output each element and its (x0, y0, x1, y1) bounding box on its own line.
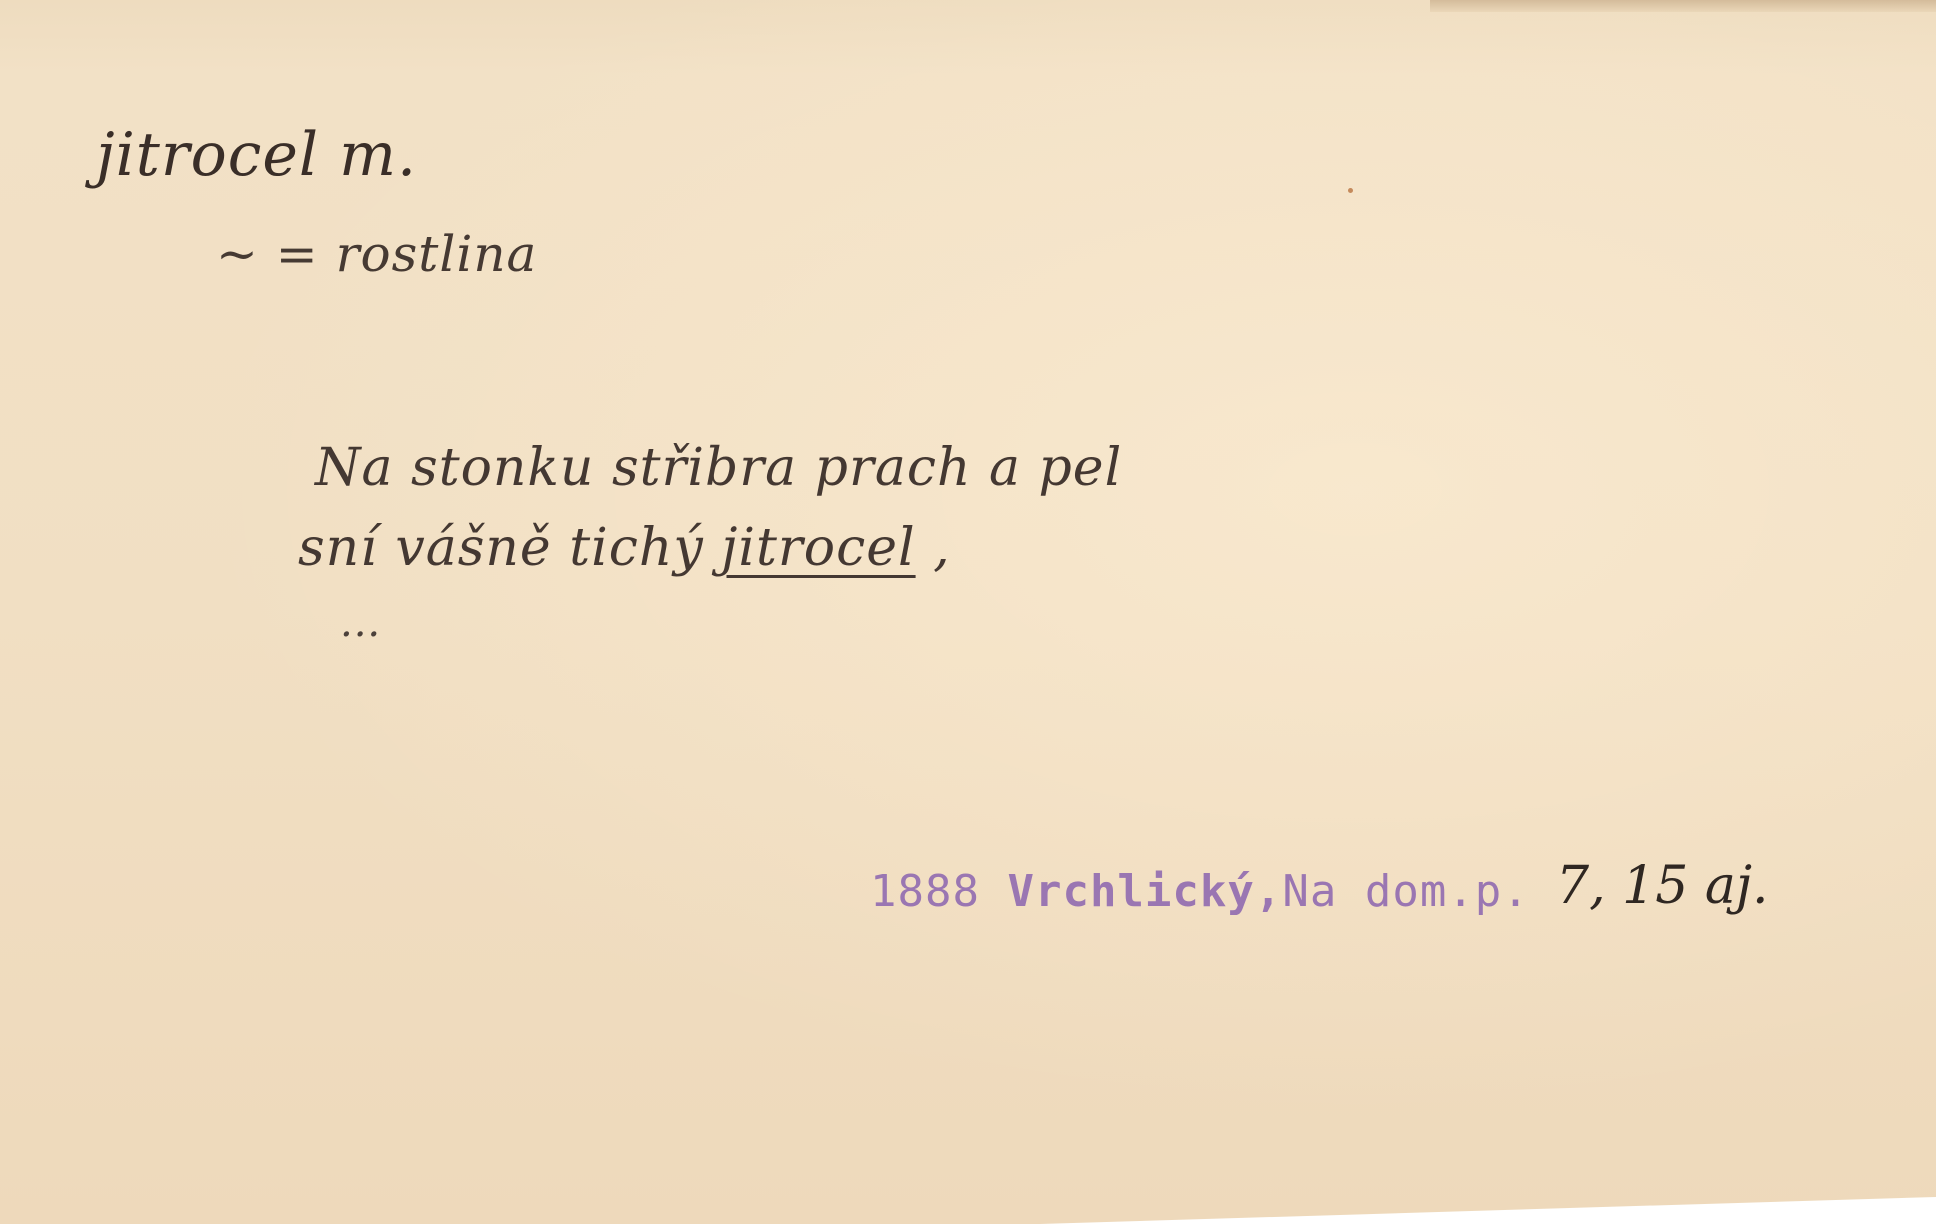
source-pages: 7, 15 aj. (1556, 856, 1769, 916)
source-year: 1888 (870, 866, 980, 917)
index-card: jitrocel m. ~ = rostlina Na stonku střib… (0, 0, 1936, 1224)
definition: ~ = rostlina (216, 225, 537, 283)
source-work: Na dom.p. (1282, 866, 1529, 917)
source-stamp: 1888 Vrchlický,Na dom.p. (870, 866, 1530, 917)
paper-speck (1348, 188, 1353, 193)
quotation-line-2-prefix: sní vášně tichý (298, 518, 721, 578)
quotation-keyword: jitrocel (721, 518, 915, 578)
source-author: Vrchlický, (1007, 866, 1282, 917)
quotation-line-2-suffix: , (916, 518, 951, 578)
headword: jitrocel m. (96, 120, 417, 190)
quotation-line-1: Na stonku střibra prach a pel (315, 438, 1122, 498)
quotation-line-2: sní vášně tichý jitrocel , (298, 518, 951, 578)
quotation-ellipsis: ... (340, 600, 381, 646)
